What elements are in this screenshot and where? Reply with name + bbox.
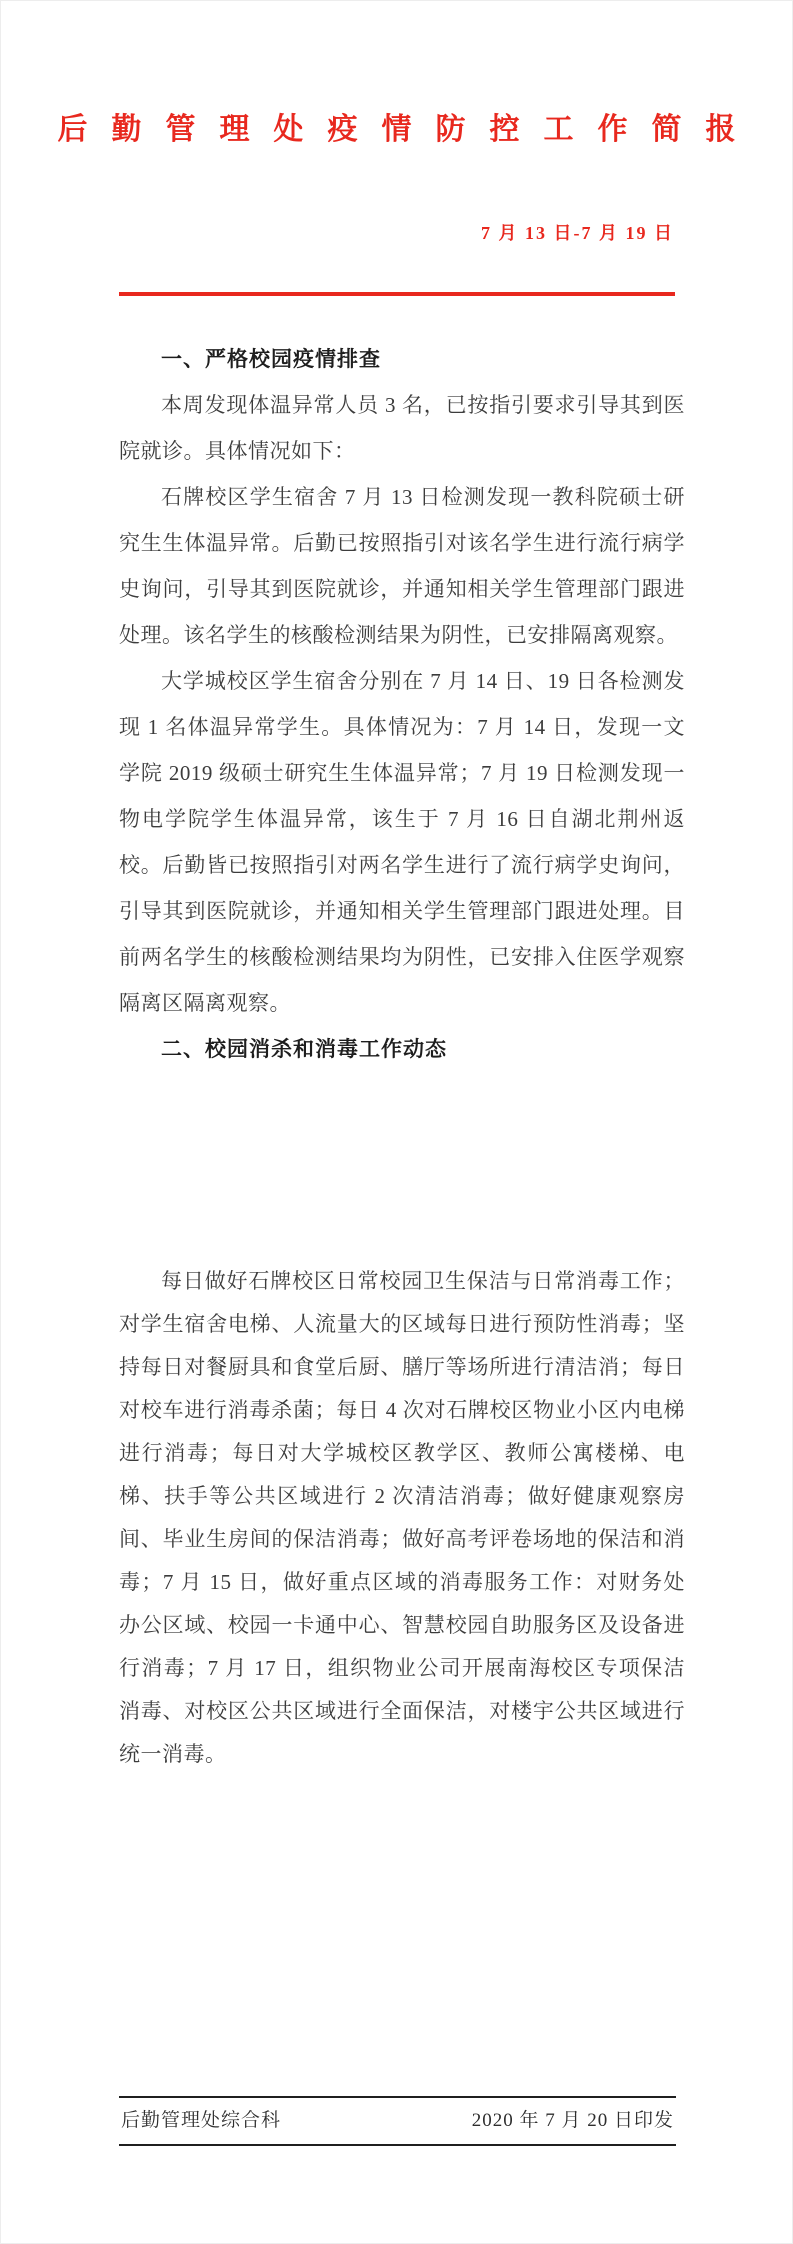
footer-issue-date: 2020 年 7 月 20 日印发 — [472, 2108, 674, 2134]
section-2-paragraph-1: 每日做好石牌校区日常校园卫生保洁与日常消毒工作；对学生宿舍电梯、人流量大的区域每… — [119, 1260, 685, 1776]
footer-issuer: 后勤管理处综合科 — [121, 2108, 281, 2134]
section-1-paragraph-2: 石牌校区学生宿舍 7 月 13 日检测发现一教科院硕士研究生生体温异常。后勤已按… — [119, 474, 685, 658]
title-divider-rule — [119, 292, 675, 296]
document-body: 一、严格校园疫情排查 本周发现体温异常人员 3 名，已按指引要求引导其到医院就诊… — [119, 336, 685, 1776]
section-1-paragraph-1: 本周发现体温异常人员 3 名，已按指引要求引导其到医院就诊。具体情况如下： — [119, 382, 685, 474]
date-range: 7 月 13 日-7 月 19 日 — [0, 220, 674, 246]
bulletin-page: 后勤管理处疫情防控工作简报 7 月 13 日-7 月 19 日 一、严格校园疫情… — [0, 0, 793, 2244]
section-2-heading: 二、校园消杀和消毒工作动态 — [119, 1026, 685, 1072]
footer: 后勤管理处综合科 2020 年 7 月 20 日印发 — [119, 2096, 676, 2146]
page-title: 后勤管理处疫情防控工作简报 — [0, 0, 793, 148]
section-1-paragraph-3: 大学城校区学生宿舍分别在 7 月 14 日、19 日各检测发现 1 名体温异常学… — [119, 658, 685, 1026]
section-1-heading: 一、严格校园疫情排查 — [119, 336, 685, 382]
